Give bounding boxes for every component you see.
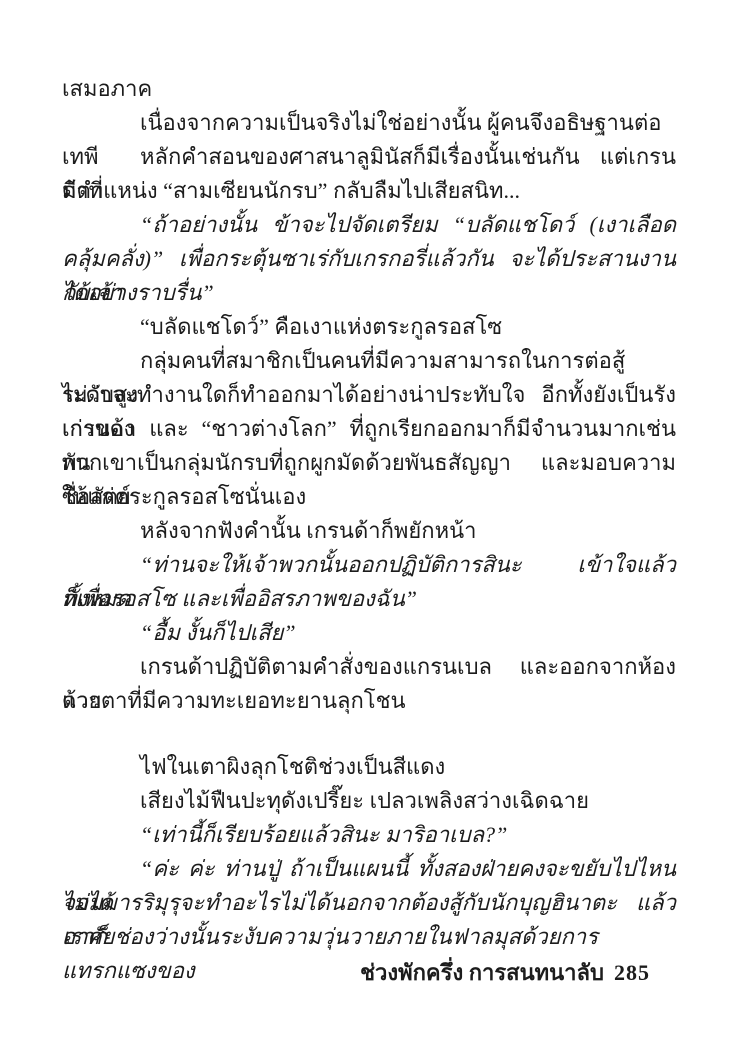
text-line: “อื้ม งั้นก็ไปเสีย” — [62, 616, 676, 650]
text-line: “ค่ะ ค่ะ ท่านปู่ ถ้าเป็นแผนนี้ ทั้งสองฝ่… — [62, 852, 676, 886]
text-line: ไฟในเตาผิงลุกโชติช่วงเป็นสีแดง — [62, 750, 676, 784]
book-page: เสมอภาคเนื่องจากความเป็นจริงไม่ใช่อย่างน… — [0, 0, 738, 1051]
text-line: เสมอภาค — [62, 72, 676, 106]
text-line: ได้อย่างราบรื่น” — [62, 276, 676, 310]
text-line: หลังจากฟังคำนั้น เกรนด้าก็พยักหน้า — [62, 514, 676, 548]
footer-chapter-title: ช่วงพักครึ่ง การสนทนาลับ — [360, 960, 604, 985]
text-line: “บลัดแชโดว์” คือเงาแห่งตระกูลรอสโซ — [62, 310, 676, 344]
text-line: ก็เพื่อรอสโซ และเพื่ออิสรภาพของฉัน” — [62, 582, 676, 616]
footer-page-number: 285 — [614, 960, 650, 985]
text-line: “เท่านี้ก็เรียบร้อยแล้วสินะ มาริอาเบล?” — [62, 818, 676, 852]
text-line: เกรนด้าปฏิบัติตามคำสั่งของแกรนเบล และออก… — [62, 650, 676, 684]
text-line: จอมมารริมุรุจะทำอะไรไม่ได้นอกจากต้องสู้ก… — [62, 886, 676, 920]
text-line: แววตาที่มีความทะเยอทะยานลุกโชน — [62, 684, 676, 718]
text-line: กลุ่มคนที่สมาชิกเป็นคนที่มีความสามารถในก… — [62, 344, 676, 378]
text-line: คลุ้มคลั่ง)” เพื่อกระตุ้นซาเร่กับเกรกอรี… — [62, 242, 676, 276]
text-line: “ถ้าอย่างนั้น ข้าจะไปจัดเตรียม “บลัดแชโด… — [62, 208, 676, 242]
scene-break — [62, 718, 676, 750]
text-column: เสมอภาคเนื่องจากความเป็นจริงไม่ใช่อย่างน… — [62, 72, 676, 954]
text-line: “ท่านจะให้เจ้าพวกนั้นออกปฏิบัติการสินะ เ… — [62, 548, 676, 582]
text-line: เสียงไม้ฟืนปะทุดังเปรี๊ยะ เปลวเพลิงสว่าง… — [62, 784, 676, 818]
text-line: อาศัยช่องว่างนั้นระงับความวุ่นวายภายในฟา… — [62, 920, 676, 954]
text-line: เนื่องจากความเป็นจริงไม่ใช่อย่างนั้น ผู้… — [62, 106, 676, 140]
text-line: ไม่ว่าจะทำงานใดก็ทำออกมาได้อย่างน่าประทั… — [62, 378, 676, 412]
text-line: พวกเขาเป็นกลุ่มนักรบที่ถูกผูกมัดด้วยพันธ… — [62, 446, 676, 480]
text-line: เกรนด้า และ “ชาวต่างโลก” ที่ถูกเรียกออกม… — [62, 412, 676, 446]
page-footer: ช่วงพักครึ่ง การสนทนาลับ285 — [360, 956, 650, 990]
text-line: ให้แก่ตระกูลรอสโซนั่นเอง — [62, 480, 676, 514]
text-line: หลักคำสอนของศาสนาลูมินัสก็มีเรื่องนั้นเช… — [62, 140, 676, 174]
text-line: มีตำแหน่ง “สามเซียนนักรบ” กลับลืมไปเสียส… — [62, 174, 676, 208]
